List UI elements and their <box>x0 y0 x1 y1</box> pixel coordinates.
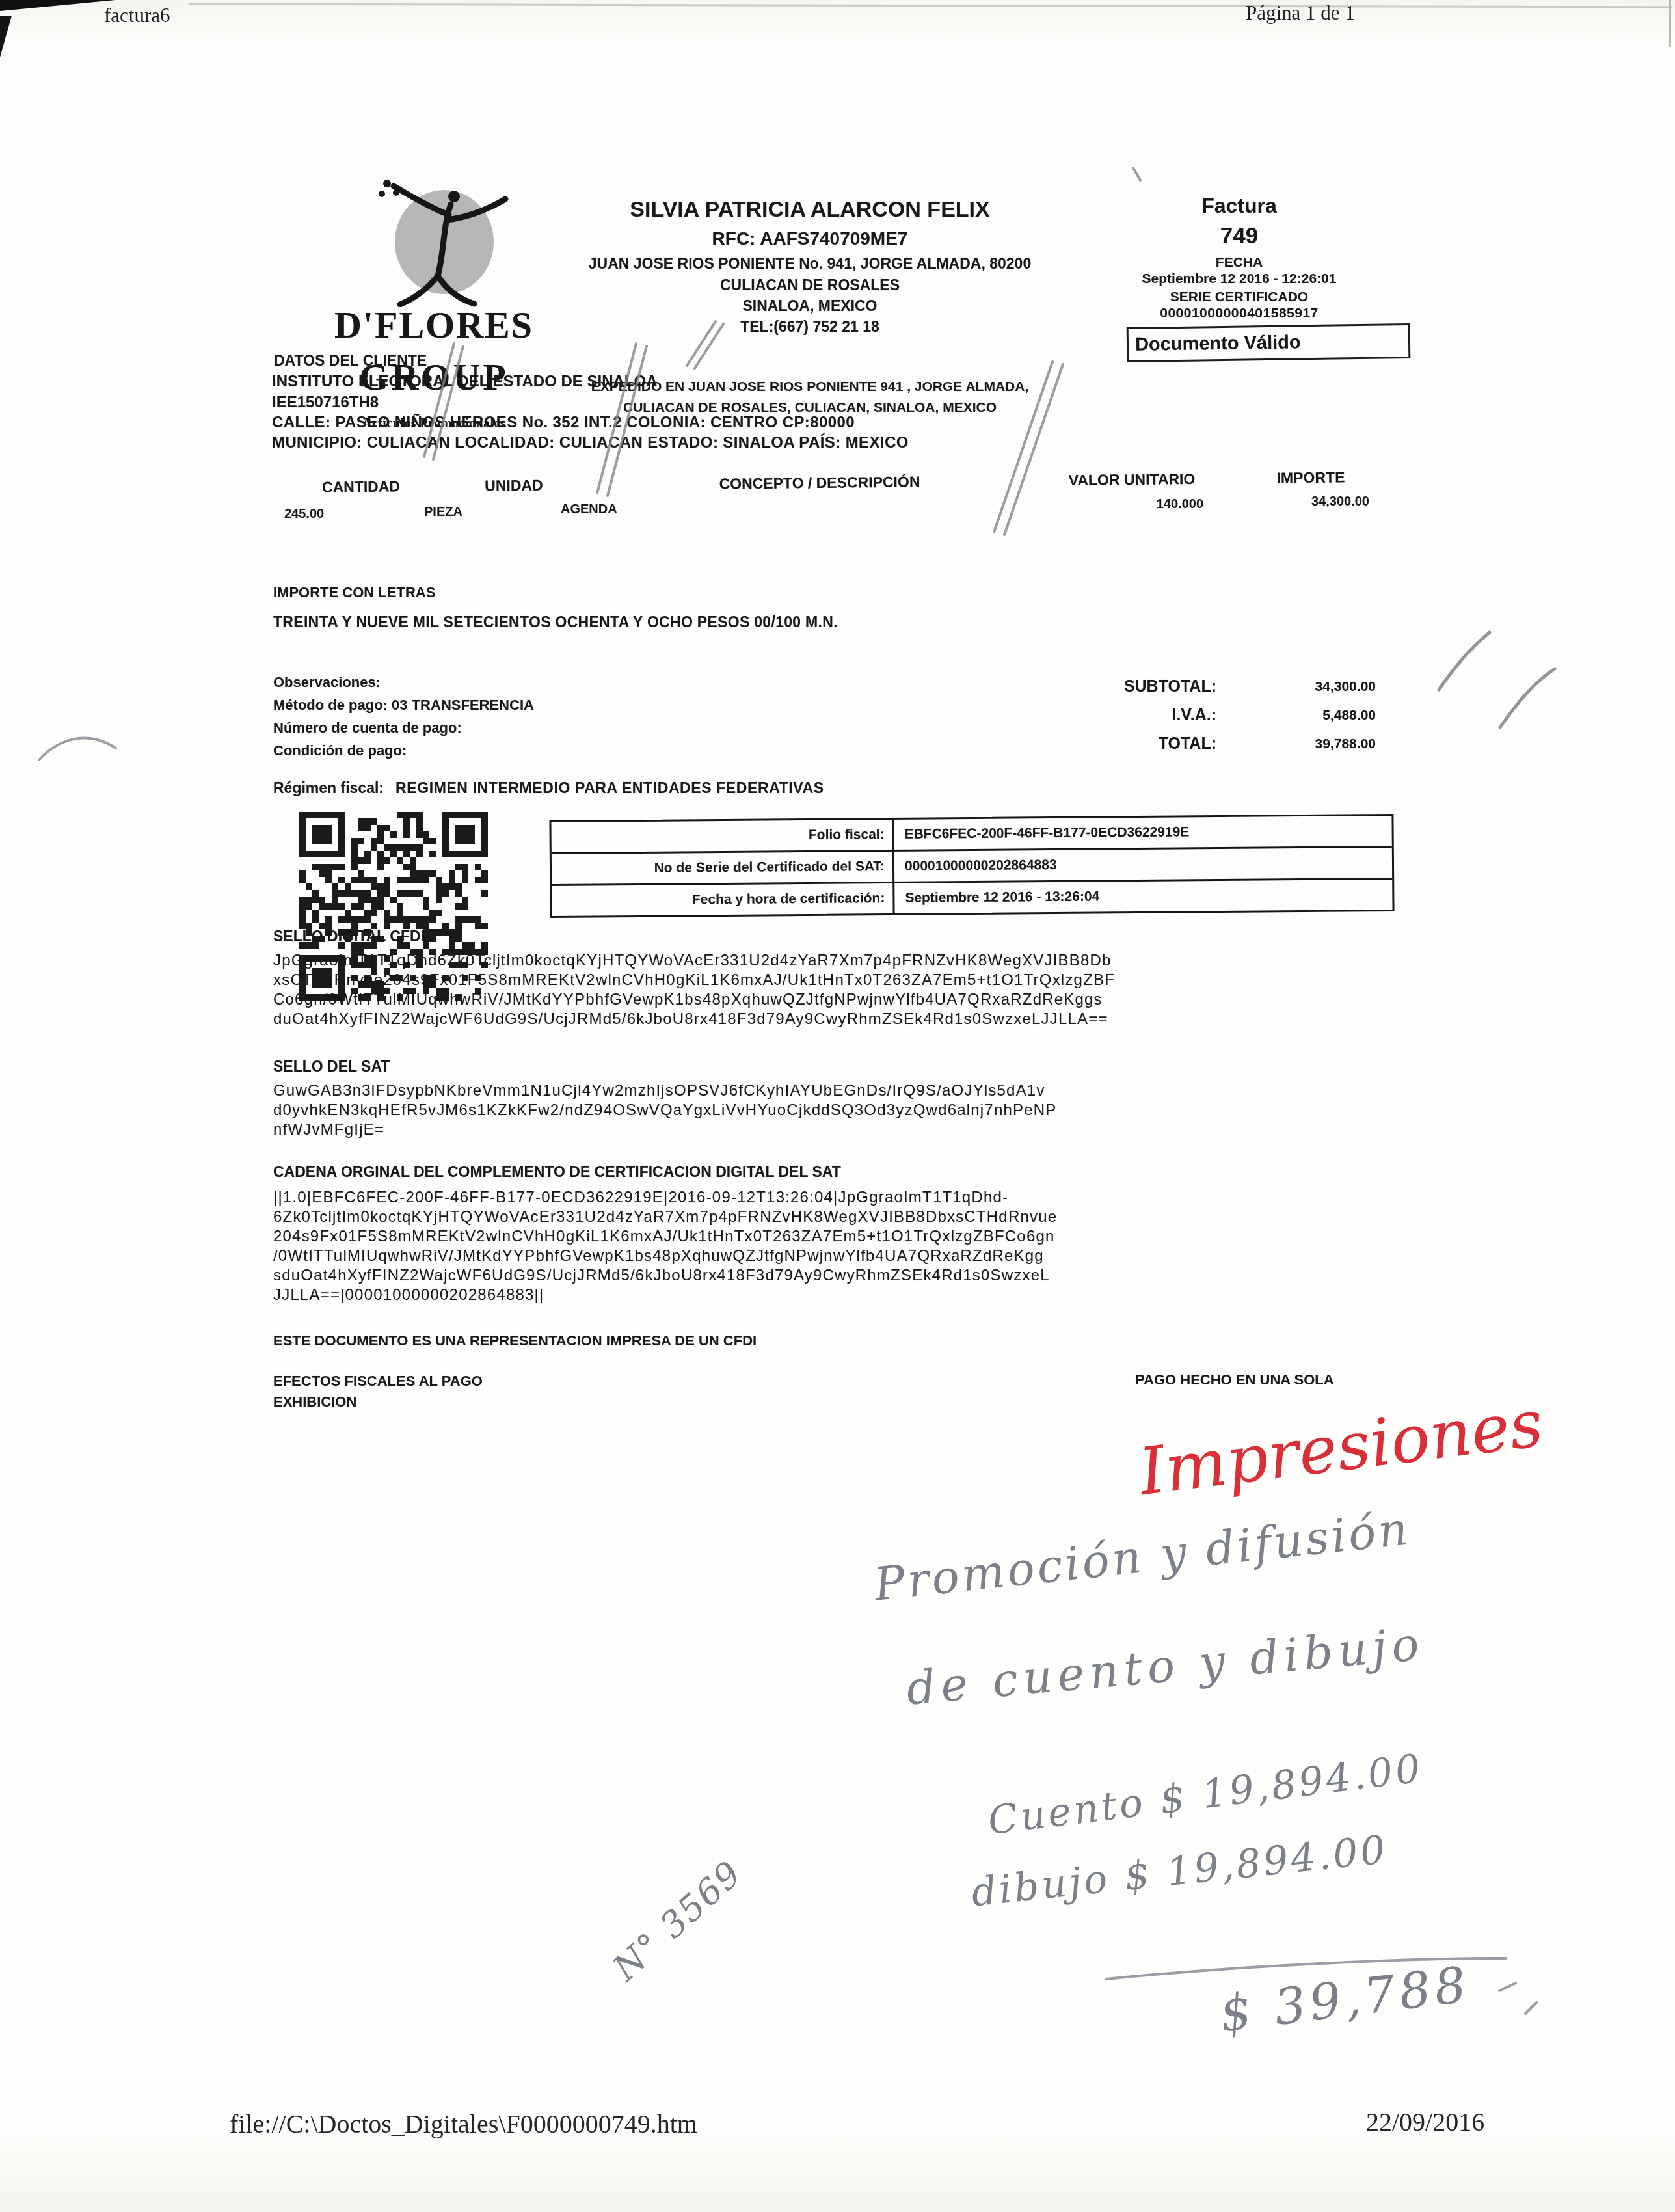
issuer-address-line2: CULIACAN DE ROSALES <box>520 276 1099 294</box>
item-cell-unidad: PIEZA <box>424 505 462 520</box>
handwritten-pencil-line2: de cuento y dibujo <box>904 1617 1427 1715</box>
item-cell-cantidad: 245.00 <box>284 507 324 522</box>
invoice-fecha-label: FECHA <box>1109 255 1369 271</box>
issuer-name: SILVIA PATRICIA ALARCON FELIX <box>520 197 1099 223</box>
total-value: 39,788.00 <box>1249 736 1376 752</box>
scanned-invoice-page: factura6 Página 1 de 1 D'FLORES GROUP Ar… <box>0 0 1675 2212</box>
items-header-importe: IMPORTE <box>1252 468 1369 487</box>
observaciones-label: Observaciones: <box>273 674 381 691</box>
sello-cfdi-line: Co6gn/0WtITTulMIUqwhwRiV/JMtKdYYPbhfGVew… <box>273 991 1103 1009</box>
items-header-unidad: UNIDAD <box>455 476 572 495</box>
sello-cfdi-line: xsCTHdRnvue204s9Fx01F5S8mMREKtV2wlnCVhH0… <box>273 971 1115 990</box>
regimen-fiscal-value: REGIMEN INTERMEDIO PARA ENTIDADES FEDERA… <box>395 779 824 797</box>
cadena-line: sduOat4hXyfFINZ2WajcWF6UdG9S/UcjJRMd5/6k… <box>273 1267 1050 1285</box>
issuer-address-line3: SINALOA, MEXICO <box>520 297 1099 315</box>
serie-sat-value: 00001000000202864883 <box>892 848 1392 882</box>
metodo-pago-line: Método de pago: 03 TRANSFERENCIA <box>273 697 534 714</box>
client-rfc: IEE150716TH8 <box>272 394 379 412</box>
folio-fiscal-value: EBFC6FEC-200F-46FF-B177-0ECD3622919E <box>892 816 1391 850</box>
subtotal-value: 34,300.00 <box>1249 679 1376 695</box>
item-cell-valor-unitario: 140.000 <box>1099 497 1203 512</box>
sello-sat-line: GuwGAB3n3lFDsypbNKbreVmm1N1uCjl4Yw2mzhIj… <box>273 1082 1045 1100</box>
total-label: TOTAL: <box>1054 735 1216 753</box>
print-footer-file-url: file://C:\Doctos_Digitales\F0000000749.h… <box>230 2109 697 2139</box>
issuer-address-line1: JUAN JOSE RIOS PONIENTE No. 941, JORGE A… <box>520 255 1099 273</box>
iva-label: I.V.A.: <box>1054 706 1216 725</box>
client-address-line2: MUNICIPIO: CULIACAN LOCALIDAD: CULIACAN … <box>272 434 909 452</box>
issuer-rfc: RFC: AAFS740709ME7 <box>520 228 1099 249</box>
handwritten-red-note: Impresiones <box>1135 1385 1547 1510</box>
sello-cfdi-line: JpGgraoImT1T1qDhd6Zk0TcljtIm0koctqKYjHTQ… <box>273 952 1112 970</box>
client-name: INSTITUTO ELECTORAL DEL ESTADO DE SINALO… <box>272 373 658 391</box>
documento-valido-stamp: Documento Válido <box>1127 323 1411 362</box>
cadena-original-heading: CADENA ORGINAL DEL COMPLEMENTO DE CERTIF… <box>273 1163 841 1181</box>
handwritten-amount-dibujo: dibujo $ 19,894.00 <box>969 1827 1390 1916</box>
item-cell-concepto: AGENDA <box>561 502 617 517</box>
items-header-concepto: CONCEPTO / DESCRIPCIÓN <box>683 473 956 493</box>
cadena-line: /0WtITTulMIUqwhwRiV/JMtKdYYPbhfGVewpK1bs… <box>273 1247 1044 1265</box>
print-footer-date: 22/09/2016 <box>1366 2107 1484 2137</box>
cadena-line: JJLLA==|00001000000202864883|| <box>273 1286 544 1304</box>
pago-hecho-note: PAGO HECHO EN UNA SOLA <box>1135 1371 1334 1388</box>
sello-sat-line: d0yvhkEN3kqHEfR5vJM6s1KZkKFw2/ndZ94OSwVQ… <box>273 1101 1057 1120</box>
issuer-phone: TEL:(667) 752 21 18 <box>520 318 1099 336</box>
cadena-line: ||1.0|EBFC6FEC-200F-46FF-B177-0ECD362291… <box>273 1189 1008 1207</box>
invoice-serie-value: 00001000000401585917 <box>1109 306 1369 321</box>
invoice-title: Factura <box>1109 194 1369 218</box>
table-row: Fecha y hora de certificación: Septiembr… <box>552 878 1392 916</box>
fecha-certificacion-value: Septiembre 12 2016 - 13:26:04 <box>892 880 1392 913</box>
print-header-right: Página 1 de 1 <box>1246 1 1355 25</box>
fecha-certificacion-label: Fecha y hora de certificación: <box>552 891 892 909</box>
importe-letras-label: IMPORTE CON LETRAS <box>273 584 435 601</box>
cfdi-representation-note: ESTE DOCUMENTO ES UNA REPRESENTACION IMP… <box>273 1332 757 1349</box>
importe-letras-value: TREINTA Y NUEVE MIL SETECIENTOS OCHENTA … <box>273 614 838 631</box>
invoice-serie-label: SERIE CERTIFICADO <box>1109 290 1369 305</box>
sello-cfdi-heading: SELLO DIGITAL CFDI <box>273 928 425 945</box>
serie-sat-label: No de Serie del Certificado del SAT: <box>552 859 892 877</box>
regimen-fiscal-label: Régimen fiscal: <box>273 779 384 797</box>
folio-fiscal-label: Folio fiscal: <box>552 827 892 845</box>
logo-wordmark-line1: D'FLORES <box>323 303 544 347</box>
efectos-fiscales-line1: EFECTOS FISCALES AL PAGO <box>273 1373 483 1390</box>
cadena-line: 6Zk0TcljtIm0koctqKYjHTQYWoVAcEr331U2d4zY… <box>273 1208 1057 1226</box>
client-heading: DATOS DEL CLIENTE <box>274 352 427 370</box>
scan-artifact-corner-nub <box>0 16 12 57</box>
print-header-left: factura6 <box>104 4 170 27</box>
sello-sat-heading: SELLO DEL SAT <box>273 1058 390 1075</box>
items-header-valor-unitario: VALOR UNITARIO <box>1060 470 1203 489</box>
table-row: No de Serie del Certificado del SAT: 000… <box>552 846 1392 884</box>
scan-artifact-top-line <box>189 3 1672 8</box>
sello-sat-line: nfWJvMFgIjE= <box>273 1121 384 1139</box>
handwritten-total: $ 39,788 <box>1216 1955 1473 2043</box>
client-address-line1: CALLE: PASEO NIÑOS HEROES No. 352 INT.2 … <box>272 414 855 432</box>
efectos-fiscales-line2: EXHIBICION <box>273 1394 356 1410</box>
items-header-cantidad: CANTIDAD <box>306 478 416 496</box>
sello-cfdi-line: duOat4hXyfFINZ2WajcWF6UdG9S/UcjJRMd5/6kJ… <box>273 1010 1108 1029</box>
handwritten-folio-number: N° 3569 <box>605 1853 750 1989</box>
invoice-fecha-value: Septiembre 12 2016 - 12:26:01 <box>1109 271 1369 287</box>
dflores-logo-figure-icon <box>342 177 530 307</box>
scan-artifact-right-line <box>1669 0 1671 47</box>
handwritten-pencil-line1: Promoción y difusión <box>872 1502 1413 1611</box>
item-cell-importe: 34,300.00 <box>1259 494 1369 509</box>
fiscal-data-table: Folio fiscal: EBFC6FEC-200F-46FF-B177-0E… <box>549 814 1394 918</box>
cadena-line: 204s9Fx01F5S8mMREKtV2wlnCVhH0gKiL1K6mxAJ… <box>273 1228 1055 1246</box>
cuenta-pago-line: Número de cuenta de pago: <box>273 720 462 736</box>
condicion-pago-line: Condición de pago: <box>273 742 407 759</box>
invoice-number: 749 <box>1109 223 1369 249</box>
subtotal-label: SUBTOTAL: <box>1054 677 1216 696</box>
iva-value: 5,488.00 <box>1249 708 1376 723</box>
